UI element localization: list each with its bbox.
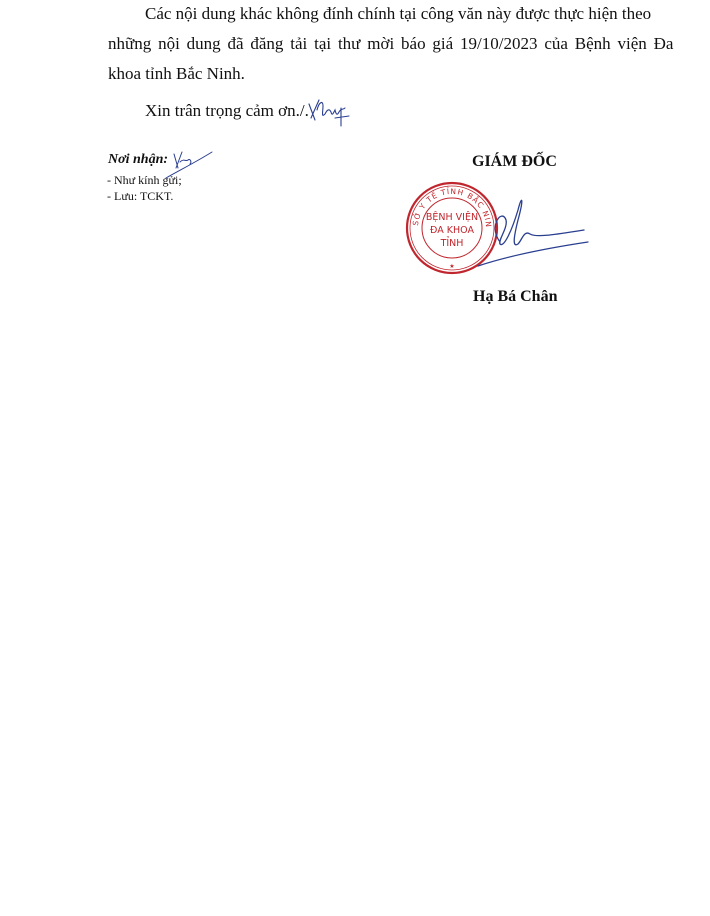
initial-signature-icon [305,96,355,132]
svg-text:TỈNH: TỈNH [440,237,464,249]
body-line-3: khoa tỉnh Bắc Ninh. [108,64,245,84]
body-line-2: những nội dung đã đăng tải tại thư mời b… [108,34,673,54]
signer-name: Hạ Bá Chân [473,288,557,306]
recipient-item: - Lưu: TCKT. [107,189,173,204]
svg-text:BỆNH VIỆN: BỆNH VIỆN [426,211,478,223]
signer-role: GIÁM ĐỐC [472,153,557,171]
recipient-initial-icon [160,148,220,182]
closing-text: Xin trân trọng cảm ơn./. [145,101,309,121]
director-signature-icon [478,190,598,270]
svg-text:★: ★ [449,263,454,270]
body-line-1: Các nội dung khác không đính chính tại c… [145,4,651,24]
svg-text:ĐA KHOA: ĐA KHOA [430,225,474,236]
